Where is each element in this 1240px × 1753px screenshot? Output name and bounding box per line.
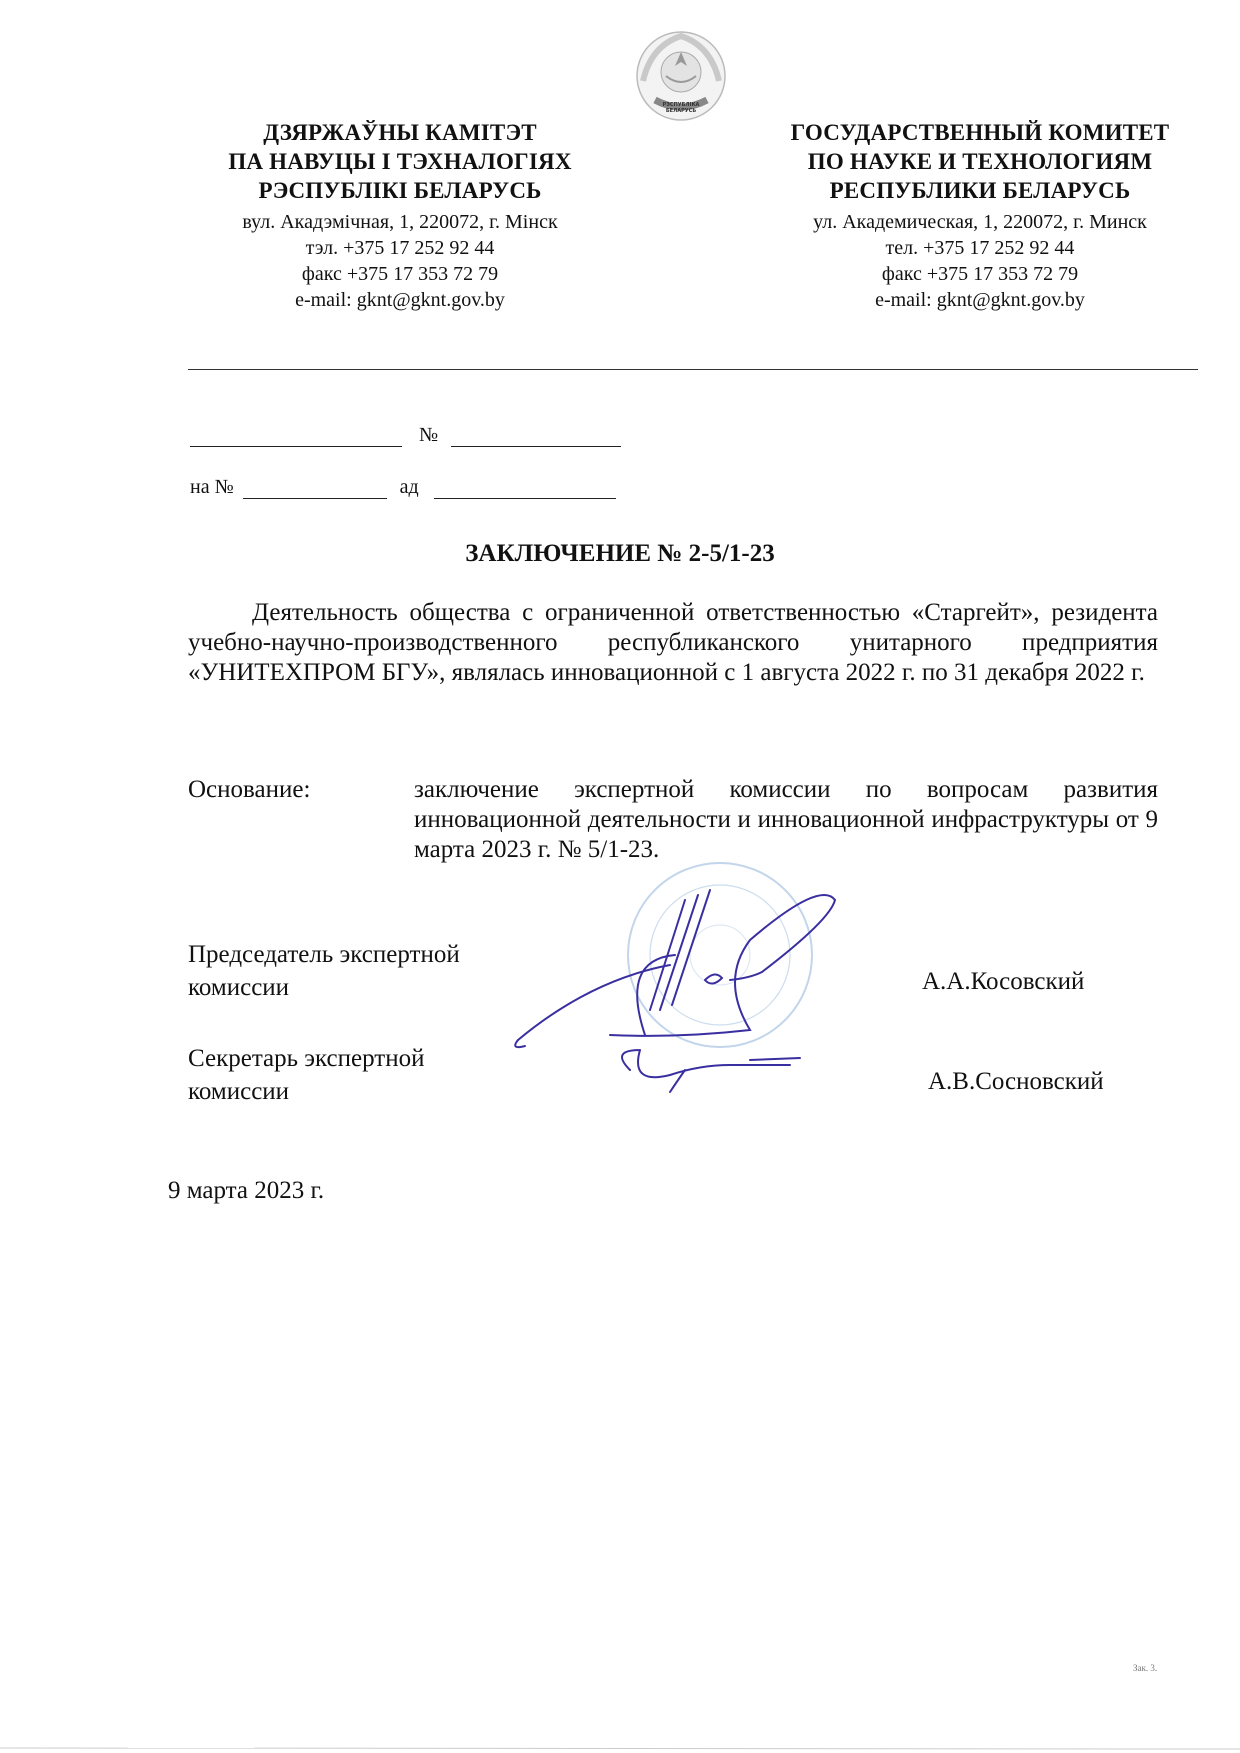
document-title: ЗАКЛЮЧЕНИЕ № 2-5/1-23 — [0, 540, 1240, 568]
number-sign: № — [419, 424, 438, 446]
from-label: ад — [400, 476, 419, 498]
header-russian: ГОСУДАРСТВЕННЫЙ КОМИТЕТ ПО НАУКЕ И ТЕХНО… — [745, 118, 1215, 313]
scan-edge-line — [0, 1747, 1240, 1749]
position-line: Секретарь экспертной — [188, 1042, 568, 1075]
fax: факс +375 17 353 72 79 — [745, 261, 1215, 287]
phone: тел. +375 17 252 92 44 — [745, 235, 1215, 261]
basis-text: заключение экспертной комиссии по вопрос… — [414, 775, 1158, 865]
body-paragraph: Деятельность общества с ограниченной отв… — [188, 598, 1158, 688]
document-date: 9 марта 2023 г. — [168, 1177, 324, 1205]
signatory-name: А.А.Косовский — [922, 968, 1084, 996]
org-name-line: ГОСУДАРСТВЕННЫЙ КОМИТЕТ — [745, 118, 1215, 147]
org-name-line: ПО НАУКЕ И ТЕХНОЛОГИЯМ — [745, 147, 1215, 176]
address: вул. Акадэмічная, 1, 220072, г. Мінск — [165, 209, 635, 235]
belarus-state-emblem-icon: РЭСПУБЛІКА БЕЛАРУСЬ — [631, 26, 731, 126]
header-divider — [188, 369, 1198, 370]
reply-date-blank — [434, 478, 616, 499]
reply-registration-row: на № ад — [190, 475, 616, 499]
org-name-line: РЕСПУБЛИКИ БЕЛАРУСЬ — [745, 176, 1215, 205]
reply-number-blank — [243, 478, 387, 499]
svg-text:БЕЛАРУСЬ: БЕЛАРУСЬ — [666, 108, 696, 114]
org-name-line: РЭСПУБЛІКІ БЕЛАРУСЬ — [165, 176, 635, 205]
position-line: комиссии — [188, 1075, 568, 1108]
date-blank — [190, 426, 402, 447]
email: e-mail: gknt@gknt.gov.by — [745, 287, 1215, 313]
fax: факс +375 17 353 72 79 — [165, 261, 635, 287]
position-line: комиссии — [188, 971, 568, 1004]
org-name-line: ДЗЯРЖАЎНЫ КАМІТЭТ — [165, 118, 635, 147]
body-text: Деятельность общества с ограниченной отв… — [188, 598, 1158, 688]
header-belarusian: ДЗЯРЖАЎНЫ КАМІТЭТ ПА НАВУЦЫ І ТЭХНАЛОГІЯ… — [165, 118, 635, 313]
phone: тэл. +375 17 252 92 44 — [165, 235, 635, 261]
position-line: Председатель экспертной — [188, 938, 568, 971]
basis-label: Основание: — [188, 775, 310, 805]
footer-order-mark: Зак. 3. — [1133, 1663, 1157, 1673]
outgoing-registration-row: № — [190, 423, 621, 447]
address: ул. Академическая, 1, 220072, г. Минск — [745, 209, 1215, 235]
signatory-position: Секретарь экспертной комиссии — [188, 1042, 568, 1108]
signatory-position: Председатель экспертной комиссии — [188, 938, 568, 1004]
org-name-line: ПА НАВУЦЫ І ТЭХНАЛОГІЯХ — [165, 147, 635, 176]
email: e-mail: gknt@gknt.gov.by — [165, 287, 635, 313]
signatory-name: А.В.Сосновский — [928, 1068, 1104, 1096]
reply-prefix: на № — [190, 476, 234, 498]
number-blank — [451, 426, 621, 447]
